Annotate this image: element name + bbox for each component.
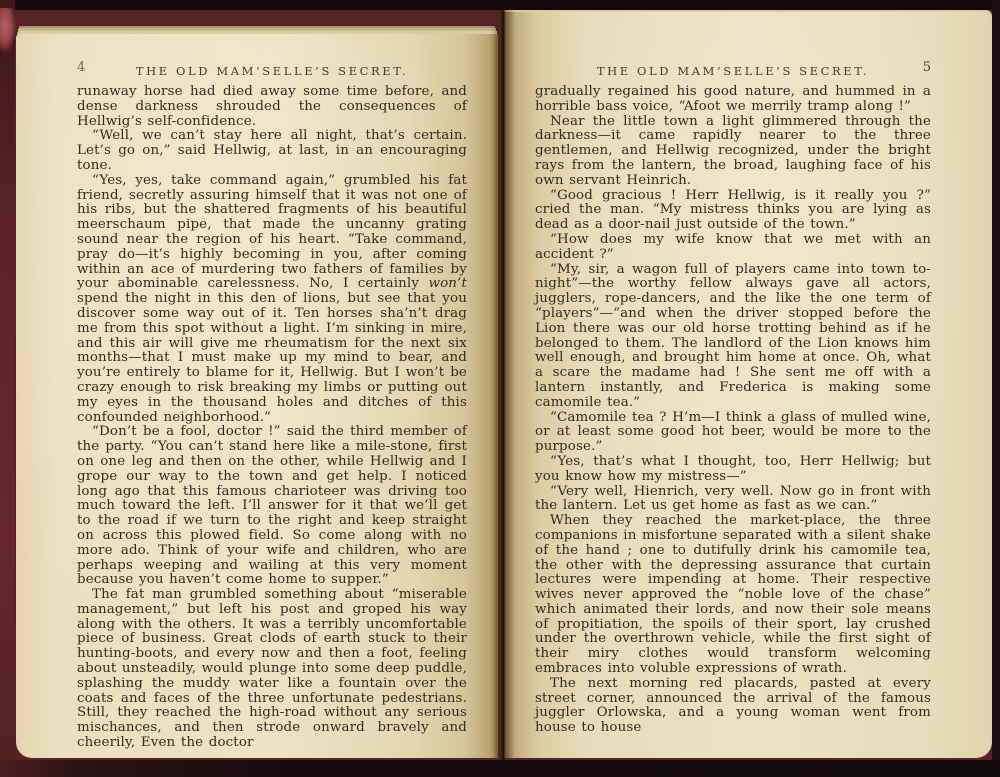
left-page-number: 4 <box>77 60 85 75</box>
paragraph: “Well, we can’t stay here all night, tha… <box>77 129 467 173</box>
right-page-number: 5 <box>923 60 931 75</box>
left-page-content: 4 THE OLD MAM’SELLE’S SECRET. runaway ho… <box>16 34 498 751</box>
paragraph: “Camomile tea ? H’m—I think a glass of m… <box>535 411 931 455</box>
paragraph: “Yes, yes, take command again,” grumbled… <box>77 174 467 426</box>
paragraph: When they reached the market-place, the … <box>535 514 931 677</box>
book-cover-edge-left <box>0 0 15 777</box>
scan-edge-right <box>992 0 1000 777</box>
right-page-header: THE OLD MAM’SELLE’S SECRET. 5 <box>535 60 931 76</box>
paragraph: “My, sir, a wagon full of players came i… <box>535 263 931 411</box>
paragraph: The next morning red placards, pasted at… <box>535 677 931 736</box>
right-page-content: THE OLD MAM’SELLE’S SECRET. 5 gradually … <box>504 12 992 736</box>
book-cover-edge-bottom <box>0 760 1000 777</box>
left-page-header: 4 THE OLD MAM’SELLE’S SECRET. <box>77 60 467 76</box>
paragraph: The fat man grumbled something about “mi… <box>77 588 467 751</box>
right-page-body: gradually regained his good nature, and … <box>535 85 931 736</box>
cover-wear-spot <box>0 8 16 52</box>
running-title-right: THE OLD MAM’SELLE’S SECRET. <box>597 64 869 78</box>
paragraph: “Very well, Hienrich, very well. Now go … <box>535 485 931 515</box>
paragraph: “Yes, that’s what I thought, too, Herr H… <box>535 455 931 485</box>
left-page-body: runaway horse had died away some time be… <box>77 85 467 751</box>
paragraph: “Good gracious ! Herr Hellwig, is it rea… <box>535 189 931 233</box>
paragraph: Near the little town a light glimmered t… <box>535 115 931 189</box>
paragraph: runaway horse had died away some time be… <box>77 85 467 129</box>
paragraph: gradually regained his good nature, and … <box>535 85 931 115</box>
open-book: 4 THE OLD MAM’SELLE’S SECRET. runaway ho… <box>0 0 1000 777</box>
right-page: THE OLD MAM’SELLE’S SECRET. 5 gradually … <box>504 12 992 758</box>
paragraph: “How does my wife know that we met with … <box>535 233 931 263</box>
running-title-left: THE OLD MAM’SELLE’S SECRET. <box>136 64 408 78</box>
paragraph: “Don’t be a fool, doctor !” said the thi… <box>77 425 467 588</box>
scan-edge-top <box>0 0 1000 10</box>
left-page: 4 THE OLD MAM’SELLE’S SECRET. runaway ho… <box>16 34 498 758</box>
